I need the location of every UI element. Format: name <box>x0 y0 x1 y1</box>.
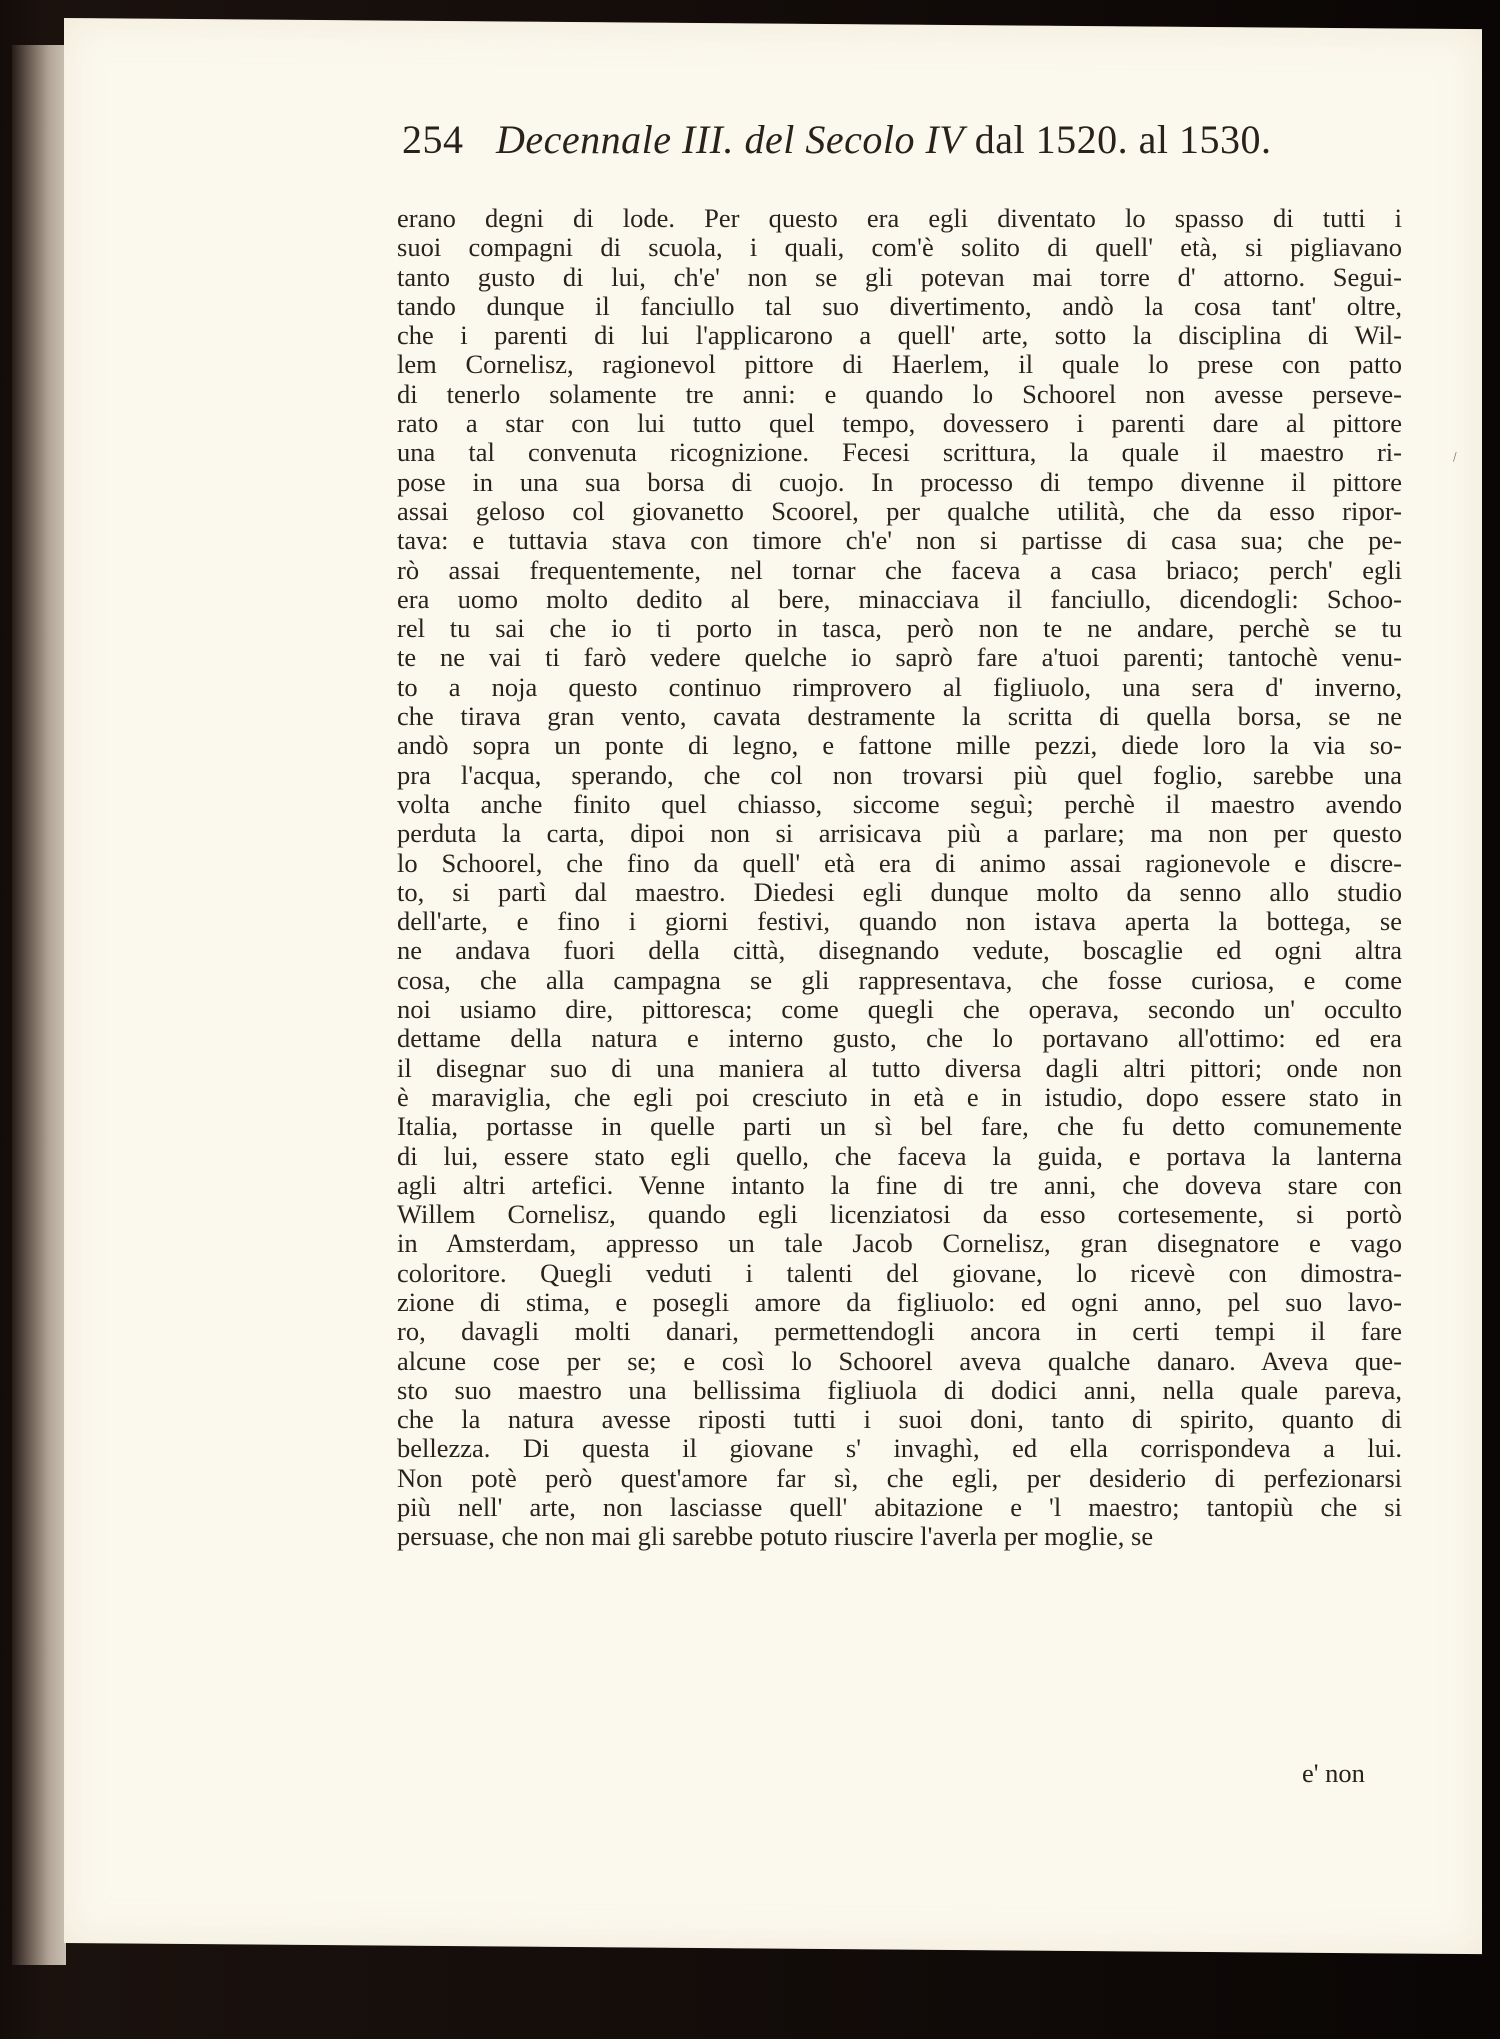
text-line: zione di stima, e posegli amore da figli… <box>397 1288 1402 1317</box>
text-line: bellezza. Di questa il giovane s' invagh… <box>397 1434 1402 1463</box>
text-line: dettame della natura e interno gusto, ch… <box>397 1024 1402 1053</box>
catchword: e' non <box>1302 1758 1365 1789</box>
text-line: te ne vai ti farò vedere quelche io sapr… <box>397 643 1402 672</box>
text-line: agli altri artefici. Venne intanto la fi… <box>397 1171 1402 1200</box>
text-line: dell'arte, e fino i giorni festivi, quan… <box>397 907 1402 936</box>
text-line: in Amsterdam, appresso un tale Jacob Cor… <box>397 1229 1402 1258</box>
running-head-years: dal 1520. al 1530. <box>975 117 1272 162</box>
text-line: più nell' arte, non lasciasse quell' abi… <box>397 1493 1402 1522</box>
text-line: andò sopra un ponte di legno, e fattone … <box>397 731 1402 760</box>
text-line: pra l'acqua, sperando, che col non trova… <box>397 761 1402 790</box>
running-head: 254 Decennale III. del Secolo IV dal 152… <box>402 116 1382 163</box>
text-line: noi usiamo dire, pittoresca; come quegli… <box>397 995 1402 1024</box>
text-line: rel tu sai che io ti porto in tasca, per… <box>397 614 1402 643</box>
text-line: rato a star con lui tutto quel tempo, do… <box>397 409 1402 438</box>
text-line: erano degni di lode. Per questo era egli… <box>397 204 1402 233</box>
text-line: Willem Cornelisz, quando egli licenziato… <box>397 1200 1402 1229</box>
text-line: tanto gusto di lui, ch'e' non se gli pot… <box>397 263 1402 292</box>
text-line: volta anche finito quel chiasso, siccome… <box>397 790 1402 819</box>
text-line: cosa, che alla campagna se gli rappresen… <box>397 966 1402 995</box>
text-line: una tal convenuta ricognizione. Fecesi s… <box>397 438 1402 467</box>
text-line: to, si partì dal maestro. Diedesi egli d… <box>397 878 1402 907</box>
text-line: Non potè però quest'amore far sì, che eg… <box>397 1464 1402 1493</box>
text-line: tava: e tuttavia stava con timore ch'e' … <box>397 526 1402 555</box>
text-line: ne andava fuori della città, disegnando … <box>397 936 1402 965</box>
text-line: il disegnar suo di una maniera al tutto … <box>397 1054 1402 1083</box>
text-line: suoi compagni di scuola, i quali, com'è … <box>397 233 1402 262</box>
text-line: è maraviglia, che egli poi cresciuto in … <box>397 1083 1402 1112</box>
text-line: di tenerlo solamente tre anni: e quando … <box>397 380 1402 409</box>
text-line: pose in una sua borsa di cuojo. In proce… <box>397 468 1402 497</box>
text-line: Italia, portasse in quelle parti un sì b… <box>397 1112 1402 1141</box>
text-line: coloritore. Quegli veduti i talenti del … <box>397 1259 1402 1288</box>
facing-page-edge <box>12 45 66 1965</box>
book-page: 254 Decennale III. del Secolo IV dal 152… <box>64 18 1482 1954</box>
text-line: to a noja questo continuo rimprovero al … <box>397 673 1402 702</box>
text-line: lo Schoorel, che fino da quell' età era … <box>397 849 1402 878</box>
text-line: ro, davagli molti danari, permettendogli… <box>397 1317 1402 1346</box>
text-line: perduta la carta, dipoi non si arrisicav… <box>397 819 1402 848</box>
text-line: rò assai frequentemente, nel tornar che … <box>397 556 1402 585</box>
margin-mark: \ <box>1448 450 1460 465</box>
text-line: di lui, essere stato egli quello, che fa… <box>397 1142 1402 1171</box>
page-number: 254 <box>402 117 464 162</box>
text-line: sto suo maestro una bellissima figliuola… <box>397 1376 1402 1405</box>
text-line: che tirava gran vento, cavata destrament… <box>397 702 1402 731</box>
text-line: alcune cose per se; e così lo Schoorel a… <box>397 1347 1402 1376</box>
running-head-title: Decennale III. del Secolo IV <box>496 117 964 162</box>
text-line: che i parenti di lui l'applicarono a que… <box>397 321 1402 350</box>
body-text: erano degni di lode. Per questo era egli… <box>397 204 1402 1552</box>
text-line: persuase, che non mai gli sarebbe potuto… <box>397 1522 1402 1551</box>
text-line: era uomo molto dedito al bere, minacciav… <box>397 585 1402 614</box>
text-line: che la natura avesse riposti tutti i suo… <box>397 1405 1402 1434</box>
text-line: tando dunque il fanciullo tal suo divert… <box>397 292 1402 321</box>
text-line: assai geloso col giovanetto Scoorel, per… <box>397 497 1402 526</box>
text-line: lem Cornelisz, ragionevol pittore di Hae… <box>397 350 1402 379</box>
